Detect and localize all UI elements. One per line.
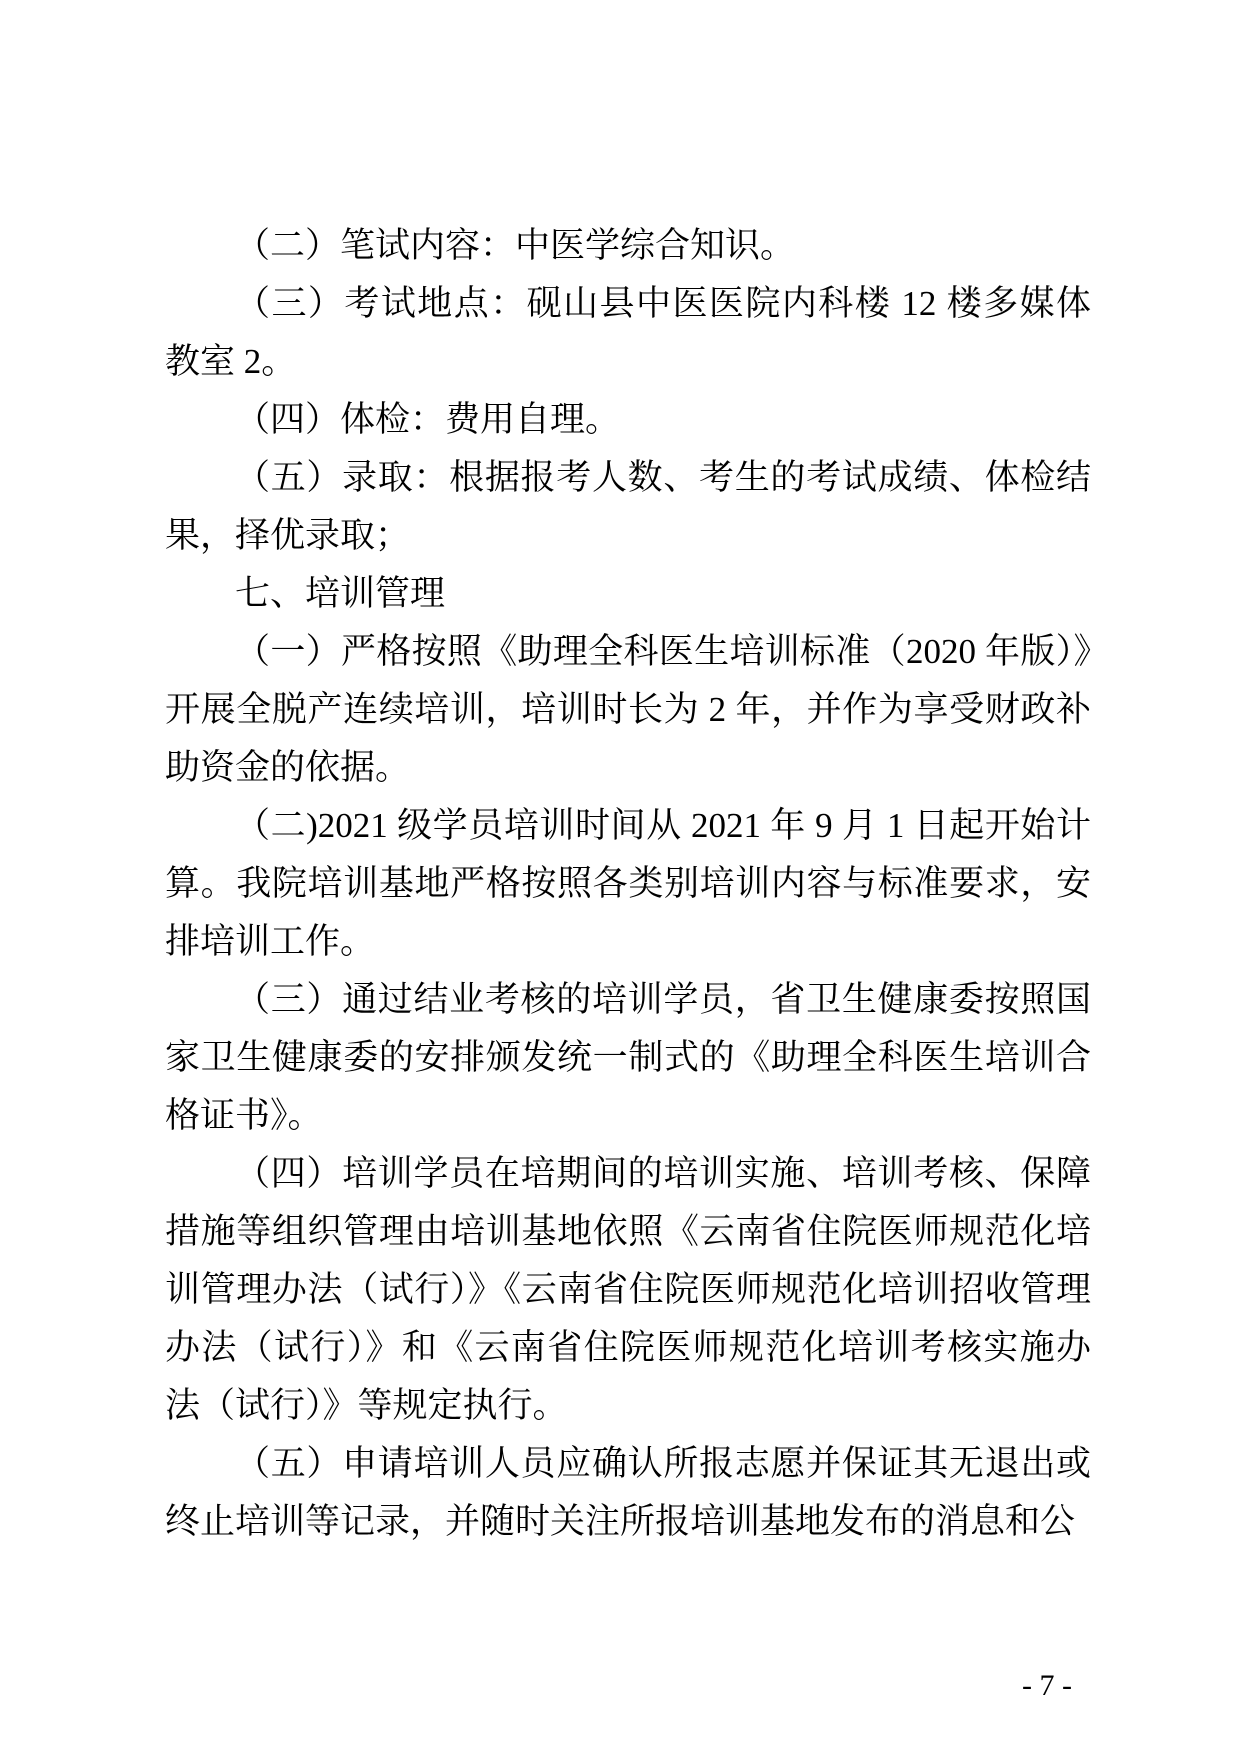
- paragraph-training-standard: （一）严格按照《助理全科医生培训标准（2020 年版）》开展全脱产连续培训，培训…: [165, 623, 1091, 797]
- paragraph-physical-exam: （四）体检：费用自理。: [165, 391, 1091, 449]
- paragraph-training-schedule: （二)2021 级学员培训时间从 2021 年 9 月 1 日起开始计算。我院培…: [165, 797, 1091, 971]
- document-page: （二）笔试内容：中医学综合知识。 （三）考试地点：砚山县中医医院内科楼 12 楼…: [0, 0, 1241, 1754]
- paragraph-completion-certificate: （三）通过结业考核的培训学员，省卫生健康委按照国家卫生健康委的安排颁发统一制式的…: [165, 971, 1091, 1145]
- document-body: （二）笔试内容：中医学综合知识。 （三）考试地点：砚山县中医医院内科楼 12 楼…: [165, 217, 1091, 1551]
- section-heading-training-management: 七、培训管理: [165, 565, 1091, 623]
- paragraph-written-test-content: （二）笔试内容：中医学综合知识。: [165, 217, 1091, 275]
- paragraph-applicant-commitment: （五）申请培训人员应确认所报志愿并保证其无退出或终止培训等记录，并随时关注所报培…: [165, 1435, 1091, 1551]
- paragraph-exam-location: （三）考试地点：砚山县中医医院内科楼 12 楼多媒体教室 2。: [165, 275, 1091, 391]
- paragraph-training-regulations: （四）培训学员在培期间的培训实施、培训考核、保障措施等组织管理由培训基地依照《云…: [165, 1145, 1091, 1435]
- page-number: - 7 -: [1022, 1668, 1072, 1704]
- paragraph-admission: （五）录取：根据报考人数、考生的考试成绩、体检结果，择优录取；: [165, 449, 1091, 565]
